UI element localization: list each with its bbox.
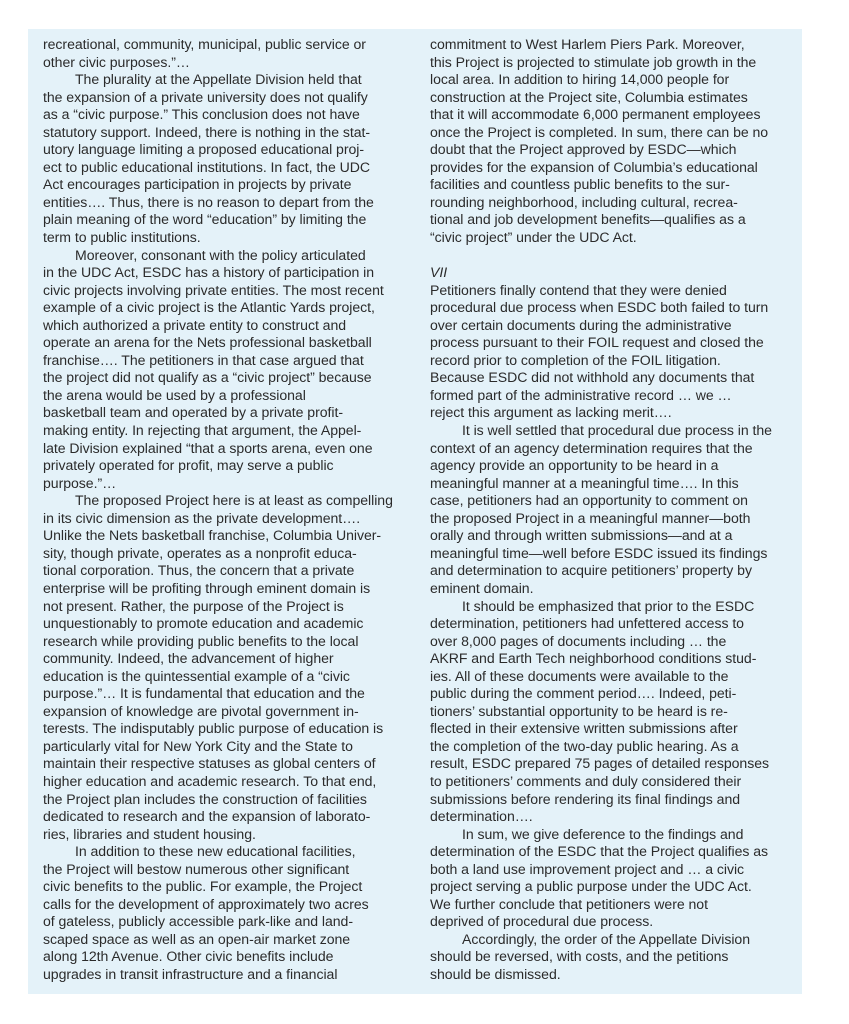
excerpt-panel: recreational, community, municipal, publ… xyxy=(28,29,802,994)
text-line: In sum, we give deference to the finding… xyxy=(430,826,790,844)
text-line: public during the comment period…. Indee… xyxy=(430,685,790,703)
text-line: once the Project is completed. In sum, t… xyxy=(430,124,790,142)
text-line: and determination to acquire petitioners… xyxy=(430,562,790,580)
text-line: of gateless, publicly accessible park-li… xyxy=(43,913,403,931)
blank-line xyxy=(430,247,790,265)
text-line: community. Indeed, the advancement of hi… xyxy=(43,650,403,668)
text-line: record prior to completion of the FOIL l… xyxy=(430,352,790,370)
text-line: tional and job development benefits—qual… xyxy=(430,211,790,229)
text-line: the arena would be used by a professiona… xyxy=(43,387,403,405)
text-line: in the UDC Act, ESDC has a history of pa… xyxy=(43,264,403,282)
text-line: calls for the development of approximate… xyxy=(43,896,403,914)
text-line: It is well settled that procedural due p… xyxy=(430,422,790,440)
text-line: plain meaning of the word “education” by… xyxy=(43,211,403,229)
text-line: over certain documents during the admini… xyxy=(430,317,790,335)
text-line: submissions before rendering its final f… xyxy=(430,791,790,809)
text-line: facilities and countless public benefits… xyxy=(430,176,790,194)
text-line: expansion of knowledge are pivotal gover… xyxy=(43,703,403,721)
text-line: Petitioners finally contend that they we… xyxy=(430,282,790,300)
text-line: making entity. In rejecting that argumen… xyxy=(43,422,403,440)
text-line: sity, though private, operates as a nonp… xyxy=(43,545,403,563)
text-line: not present. Rather, the purpose of the … xyxy=(43,598,403,616)
section-heading: VII xyxy=(430,264,790,282)
text-line: example of a civic project is the Atlant… xyxy=(43,299,403,317)
text-line: the project did not qualify as a “civic … xyxy=(43,369,403,387)
text-line: should be dismissed. xyxy=(430,966,790,984)
text-line: Accordingly, the order of the Appellate … xyxy=(430,931,790,949)
text-line: construction at the Project site, Columb… xyxy=(430,89,790,107)
text-line: The plurality at the Appellate Division … xyxy=(43,71,403,89)
text-line: orally and through written submissions—a… xyxy=(430,527,790,545)
text-line: case, petitioners had an opportunity to … xyxy=(430,492,790,510)
text-line: over 8,000 pages of documents including … xyxy=(430,633,790,651)
text-line: flected in their extensive written submi… xyxy=(430,720,790,738)
text-line: Act encourages participation in projects… xyxy=(43,176,403,194)
text-line: term to public institutions. xyxy=(43,229,403,247)
text-line: provides for the expansion of Columbia’s… xyxy=(430,159,790,177)
text-line: entities…. Thus, there is no reason to d… xyxy=(43,194,403,212)
text-line: rounding neighborhood, including cultura… xyxy=(430,194,790,212)
text-line: scaped space as well as an open-air mark… xyxy=(43,931,403,949)
text-line: franchise…. The petitioners in that case… xyxy=(43,352,403,370)
text-line: tioners’ substantial opportunity to be h… xyxy=(430,703,790,721)
text-line: determination…. xyxy=(430,808,790,826)
text-line: commitment to West Harlem Piers Park. Mo… xyxy=(430,36,790,54)
text-line: maintain their respective statuses as gl… xyxy=(43,755,403,773)
text-line: civic benefits to the public. For exampl… xyxy=(43,878,403,896)
text-line: Moreover, consonant with the policy arti… xyxy=(43,247,403,265)
text-line: this Project is projected to stimulate j… xyxy=(430,54,790,72)
text-line: the expansion of a private university do… xyxy=(43,89,403,107)
right-column: commitment to West Harlem Piers Park. Mo… xyxy=(430,36,790,984)
text-line: the Project will bestow numerous other s… xyxy=(43,861,403,879)
text-line: local area. In addition to hiring 14,000… xyxy=(430,71,790,89)
text-line: late Division explained “that a sports a… xyxy=(43,440,403,458)
text-line: eminent domain. xyxy=(430,580,790,598)
text-line: procedural due process when ESDC both fa… xyxy=(430,299,790,317)
text-line: terests. The indisputably public purpose… xyxy=(43,720,403,738)
text-line: In addition to these new educational fac… xyxy=(43,843,403,861)
text-line: Because ESDC did not withhold any docume… xyxy=(430,369,790,387)
text-line: reject this argument as lacking merit…. xyxy=(430,404,790,422)
text-line: enterprise will be profiting through emi… xyxy=(43,580,403,598)
text-line: dedicated to research and the expansion … xyxy=(43,808,403,826)
text-line: to petitioners’ comments and duly consid… xyxy=(430,773,790,791)
text-line: purpose.”… xyxy=(43,475,403,493)
text-line: ect to public educational institutions. … xyxy=(43,159,403,177)
text-line: tional corporation. Thus, the concern th… xyxy=(43,562,403,580)
text-line: utory language limiting a proposed educa… xyxy=(43,141,403,159)
text-line: AKRF and Earth Tech neighborhood conditi… xyxy=(430,650,790,668)
text-line: doubt that the Project approved by ESDC—… xyxy=(430,141,790,159)
text-line: education is the quintessential example … xyxy=(43,668,403,686)
left-column: recreational, community, municipal, publ… xyxy=(43,36,403,984)
text-line: ries, libraries and student housing. xyxy=(43,826,403,844)
text-line: basketball team and operated by a privat… xyxy=(43,404,403,422)
text-line: unquestionably to promote education and … xyxy=(43,615,403,633)
text-line: the proposed Project in a meaningful man… xyxy=(430,510,790,528)
text-line: Unlike the Nets basketball franchise, Co… xyxy=(43,527,403,545)
text-line: determination of the ESDC that the Proje… xyxy=(430,843,790,861)
text-line: the Project plan includes the constructi… xyxy=(43,791,403,809)
text-line: process pursuant to their FOIL request a… xyxy=(430,334,790,352)
text-line: determination, petitioners had unfettere… xyxy=(430,615,790,633)
text-line: We further conclude that petitioners wer… xyxy=(430,896,790,914)
text-line: deprived of procedural due process. xyxy=(430,913,790,931)
text-line: which authorized a private entity to con… xyxy=(43,317,403,335)
text-line: should be reversed, with costs, and the … xyxy=(430,948,790,966)
text-line: both a land use improvement project and … xyxy=(430,861,790,879)
text-line: result, ESDC prepared 75 pages of detail… xyxy=(430,755,790,773)
text-line: operate an arena for the Nets profession… xyxy=(43,334,403,352)
text-line: civic projects involving private entitie… xyxy=(43,282,403,300)
text-line: in its civic dimension as the private de… xyxy=(43,510,403,528)
text-line: recreational, community, municipal, publ… xyxy=(43,36,403,54)
text-line: other civic purposes.”… xyxy=(43,54,403,72)
text-line: “civic project” under the UDC Act. xyxy=(430,229,790,247)
text-line: higher education and academic research. … xyxy=(43,773,403,791)
text-line: along 12th Avenue. Other civic benefits … xyxy=(43,948,403,966)
text-line: upgrades in transit infrastructure and a… xyxy=(43,966,403,984)
text-line: purpose.”… It is fundamental that educat… xyxy=(43,685,403,703)
text-line: privately operated for profit, may serve… xyxy=(43,457,403,475)
text-line: as a “civic purpose.” This conclusion do… xyxy=(43,106,403,124)
text-line: It should be emphasized that prior to th… xyxy=(430,598,790,616)
text-line: agency provide an opportunity to be hear… xyxy=(430,457,790,475)
text-line: the completion of the two-day public hea… xyxy=(430,738,790,756)
text-line: ies. All of these documents were availab… xyxy=(430,668,790,686)
text-line: project serving a public purpose under t… xyxy=(430,878,790,896)
text-line: statutory support. Indeed, there is noth… xyxy=(43,124,403,142)
text-line: formed part of the administrative record… xyxy=(430,387,790,405)
text-line: particularly vital for New York City and… xyxy=(43,738,403,756)
text-line: context of an agency determination requi… xyxy=(430,440,790,458)
text-line: research while providing public benefits… xyxy=(43,633,403,651)
text-line: that it will accommodate 6,000 permanent… xyxy=(430,106,790,124)
text-line: meaningful manner at a meaningful time….… xyxy=(430,475,790,493)
text-line: meaningful time—well before ESDC issued … xyxy=(430,545,790,563)
text-line: The proposed Project here is at least as… xyxy=(43,492,403,510)
